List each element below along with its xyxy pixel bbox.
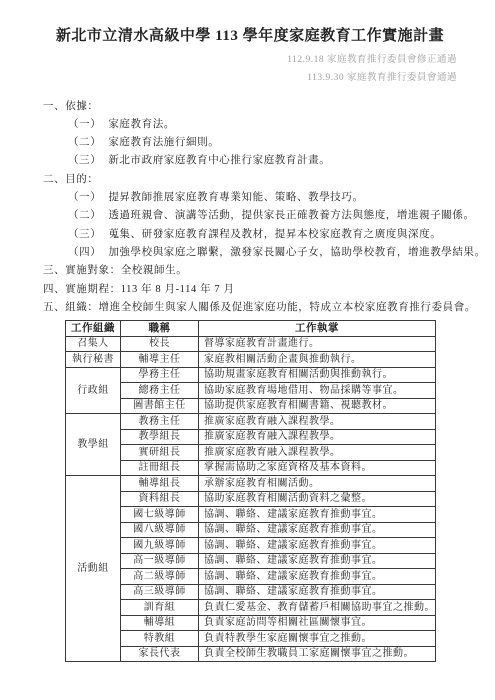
table-row: 特教組負責特教學生家庭關懷事宜之推動。	[66, 631, 436, 647]
duty-cell: 督導家庭教育計畫進行。	[199, 336, 436, 352]
section-2-item-4: （四）加強學校與家庭之聯繫，激發家長關心子女，協助學校教育，增進教學結果。	[43, 244, 457, 262]
duty-cell: 協調、聯絡、建議家庭教育推動事宜。	[199, 507, 436, 523]
item-text: 新北市政府家庭教育中心推行家庭教育計畫。	[108, 155, 330, 166]
role-cell: 高二級導師	[121, 569, 199, 585]
section-1-item-3: （三）新北市政府家庭教育中心推行家庭教育計畫。	[43, 152, 457, 170]
section-3-heading: 三、實施對象：全校親師生。	[43, 262, 457, 280]
org-cell: 執行秘書	[66, 352, 121, 368]
section-2-item-1: （一）提昇教師推展家庭教育專業知能、策略、教學技巧。	[43, 189, 457, 207]
table-row: 高三級導師協調、聯絡、建議家庭教育推動事宜。	[66, 584, 436, 600]
duty-cell: 協助家庭教育場地借用、物品採購等事宜。	[199, 383, 436, 399]
duty-cell: 協調、聯絡、建議家庭教育推動事宜。	[199, 522, 436, 538]
item-text: 家庭教育法。	[108, 119, 175, 130]
table-row: 執行秘書輔導主任家庭教相關活動企畫與推動執行。	[66, 352, 436, 368]
role-cell: 資料組長	[121, 491, 199, 507]
duty-cell: 負責仁愛基金、教育儲蓄戶相關協助事宜之推動。	[199, 600, 436, 616]
table-header-row: 工作組織 職稱 工作執掌	[66, 321, 436, 337]
table-header-duty: 工作執掌	[199, 321, 436, 337]
table-row: 資料組長協助家庭教育相關活動資料之彙整。	[66, 491, 436, 507]
role-cell: 國七級導師	[121, 507, 199, 523]
organization-table: 工作組織 職稱 工作執掌 召集人校長督導家庭教育計畫進行。執行秘書輔導主任家庭教…	[65, 320, 436, 662]
duty-cell: 負責全校師生教職員工家庭關懷事宜之推動。	[199, 646, 436, 662]
table-row: 圖書館主任協助提供家庭教育相關書籍、視聽教材。	[66, 398, 436, 414]
table-row: 註冊組長掌握需協助之家庭資格及基本資料。	[66, 460, 436, 476]
table-row: 國九級導師協調、聯絡、建議家庭教育推動事宜。	[66, 538, 436, 554]
section-4-heading: 四、實施期程：113 年 8 月-114 年 7 月	[43, 281, 457, 299]
duty-cell: 協調、聯絡、建議家庭教育推動事宜。	[199, 538, 436, 554]
table-row: 訓育組負責仁愛基金、教育儲蓄戶相關協助事宜之推動。	[66, 600, 436, 616]
section-1-item-2: （二）家庭教育法施行細則。	[43, 134, 457, 152]
item-text: 加強學校與家庭之聯繫，激發家長關心子女，協助學校教育，增進教學結果。	[108, 247, 485, 258]
item-number: （一）	[68, 119, 101, 130]
organization-table-header: 工作組織 職稱 工作執掌	[66, 321, 436, 337]
document-title: 新北市立清水高級中學 113 學年度家庭教育工作實施計畫	[43, 26, 457, 46]
section-2-heading: 二、目的：	[43, 171, 457, 189]
revision-line-1: 112.9.18 家庭教育推行委員會修正通過	[43, 51, 457, 69]
table-row: 召集人校長督導家庭教育計畫進行。	[66, 336, 436, 352]
item-text: 提昇教師推展家庭教育專業知能、策略、教學技巧。	[108, 192, 363, 203]
table-row: 總務主任協助家庭教育場地借用、物品採購等事宜。	[66, 383, 436, 399]
table-row: 國七級導師協調、聯絡、建議家庭教育推動事宜。	[66, 507, 436, 523]
role-cell: 國九級導師	[121, 538, 199, 554]
duty-cell: 負責家庭訪問等相關社區關懷事宜。	[199, 615, 436, 631]
item-text: 蒐集、研發家庭教育課程及教材，提昇本校家庭教育之廣度與深度。	[108, 229, 441, 240]
table-row: 國八級導師協調、聯絡、建議家庭教育推動事宜。	[66, 522, 436, 538]
org-cell: 行政組	[66, 367, 121, 414]
role-cell: 總務主任	[121, 383, 199, 399]
duty-cell: 承辦家庭教育相關活動。	[199, 476, 436, 492]
item-number: （一）	[68, 192, 101, 203]
duty-cell: 推廣家庭教育融入課程教學。	[199, 429, 436, 445]
section-5-heading: 五、組織：增進全校師生與家人關係及促進家庭功能，特成立本校家庭教育推行委員會。	[43, 299, 457, 317]
table-row: 行政組學務主任協助規畫家庭教育相關活動與推動執行。	[66, 367, 436, 383]
table-row: 家長代表負責全校師生教職員工家庭關懷事宜之推動。	[66, 646, 436, 662]
table-row: 實研組長推廣家庭教育融入課程教學。	[66, 445, 436, 461]
duty-cell: 推廣家庭教育融入課程教學。	[199, 445, 436, 461]
role-cell: 輔導組長	[121, 476, 199, 492]
table-row: 高一級導師協調、聯絡、建議家庭教育推動事宜。	[66, 553, 436, 569]
duty-cell: 推廣家庭教育融入課程教學。	[199, 414, 436, 430]
duty-cell: 協調、聯絡、建議家庭教育推動事宜。	[199, 569, 436, 585]
role-cell: 校長	[121, 336, 199, 352]
revision-notes: 112.9.18 家庭教育推行委員會修正通過 113.9.30 家庭教育推行委員…	[43, 51, 457, 88]
role-cell: 學務主任	[121, 367, 199, 383]
role-cell: 輔導主任	[121, 352, 199, 368]
section-1-item-1: （一）家庭教育法。	[43, 116, 457, 134]
document-page: 新北市立清水高級中學 113 學年度家庭教育工作實施計畫 112.9.18 家庭…	[0, 0, 495, 662]
section-1-heading: 一、依據：	[43, 98, 457, 116]
table-row: 教學組教務主任推廣家庭教育融入課程教學。	[66, 414, 436, 430]
duty-cell: 負責特教學生家庭關懷事宜之推動。	[199, 631, 436, 647]
item-text: 家庭教育法施行細則。	[108, 137, 219, 148]
role-cell: 教務主任	[121, 414, 199, 430]
table-header-org: 工作組織	[66, 321, 121, 337]
role-cell: 國八級導師	[121, 522, 199, 538]
role-cell: 高三級導師	[121, 584, 199, 600]
duty-cell: 協調、聯絡、建議家庭教育推動事宜。	[199, 553, 436, 569]
table-row: 活動組輔導組長承辦家庭教育相關活動。	[66, 476, 436, 492]
duty-cell: 協助規畫家庭教育相關活動與推動執行。	[199, 367, 436, 383]
role-cell: 教學組長	[121, 429, 199, 445]
org-cell: 召集人	[66, 336, 121, 352]
duty-cell: 協助家庭教育相關活動資料之彙整。	[199, 491, 436, 507]
organization-table-body: 召集人校長督導家庭教育計畫進行。執行秘書輔導主任家庭教相關活動企畫與推動執行。行…	[66, 336, 436, 662]
table-row: 輔導組負責家庭訪問等相關社區關懷事宜。	[66, 615, 436, 631]
item-text: 透過班親會、演講等活動，提供家長正確教養方法與態度，增進親子關係。	[108, 210, 474, 221]
table-row: 高二級導師協調、聯絡、建議家庭教育推動事宜。	[66, 569, 436, 585]
item-number: （三）	[68, 155, 101, 166]
duty-cell: 掌握需協助之家庭資格及基本資料。	[199, 460, 436, 476]
item-number: （二）	[68, 210, 101, 221]
role-cell: 實研組長	[121, 445, 199, 461]
revision-line-2: 113.9.30 家庭教育推行委員會通過	[43, 69, 457, 87]
role-cell: 訓育組	[121, 600, 199, 616]
item-number: （三）	[68, 229, 101, 240]
item-number: （四）	[68, 247, 101, 258]
sections: 一、依據：（一）家庭教育法。（二）家庭教育法施行細則。（三）新北市政府家庭教育中…	[43, 98, 457, 318]
role-cell: 圖書館主任	[121, 398, 199, 414]
role-cell: 輔導組	[121, 615, 199, 631]
role-cell: 高一級導師	[121, 553, 199, 569]
role-cell: 特教組	[121, 631, 199, 647]
duty-cell: 協調、聯絡、建議家庭教育推動事宜。	[199, 584, 436, 600]
duty-cell: 協助提供家庭教育相關書籍、視聽教材。	[199, 398, 436, 414]
role-cell: 註冊組長	[121, 460, 199, 476]
table-row: 教學組長推廣家庭教育融入課程教學。	[66, 429, 436, 445]
item-number: （二）	[68, 137, 101, 148]
org-cell: 教學組	[66, 414, 121, 476]
section-2-item-3: （三）蒐集、研發家庭教育課程及教材，提昇本校家庭教育之廣度與深度。	[43, 226, 457, 244]
org-cell: 活動組	[66, 476, 121, 662]
table-header-role: 職稱	[121, 321, 199, 337]
role-cell: 家長代表	[121, 646, 199, 662]
section-2-item-2: （二）透過班親會、演講等活動，提供家長正確教養方法與態度，增進親子關係。	[43, 207, 457, 225]
duty-cell: 家庭教相關活動企畫與推動執行。	[199, 352, 436, 368]
